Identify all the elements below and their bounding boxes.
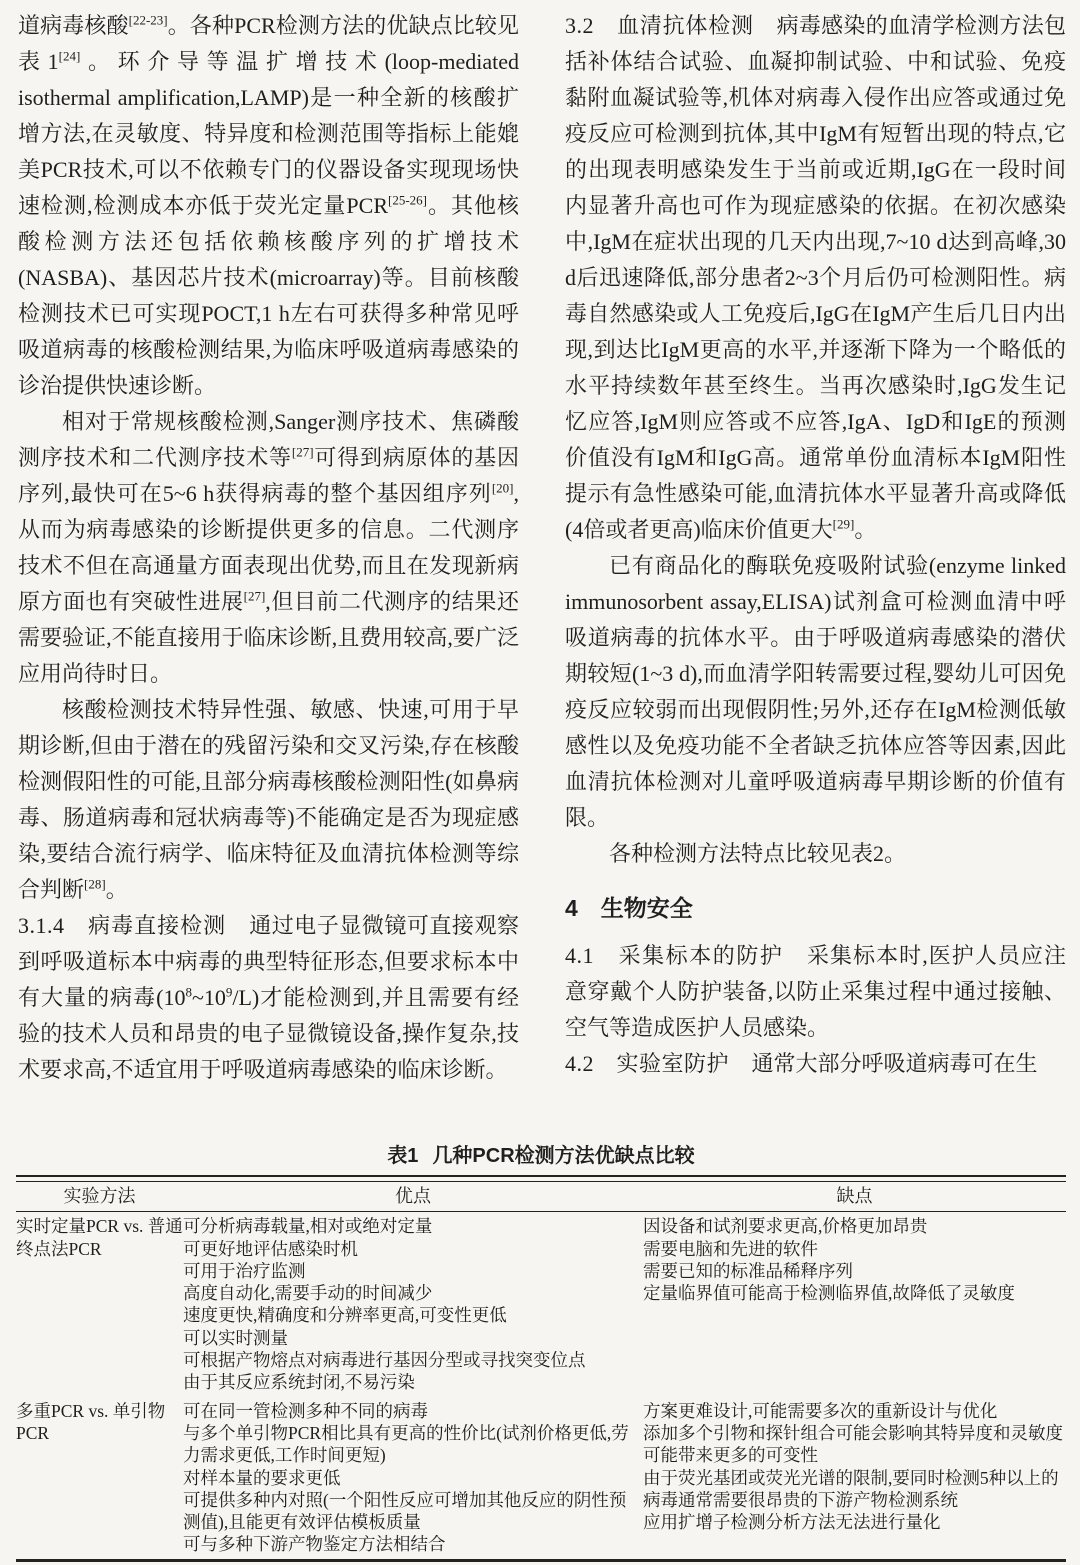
text-run: 4 生物安全: [565, 895, 693, 921]
section-4-heading: 4 生物安全: [565, 893, 1066, 923]
table-cell-disadvantages: 方案更难设计,可能需要多次的重新设计与优化添加多个引物和探针组合可能会影响其特异…: [643, 1397, 1066, 1561]
text-run: 核酸检测技术特异性强、敏感、快速,可用于早期诊断,但由于潜在的残留污染和交叉污染…: [18, 697, 519, 902]
cell-line: 方案更难设计,可能需要多次的重新设计与优化: [643, 1400, 1066, 1422]
citation-superscript: [20]: [492, 481, 514, 496]
section-4-2: 4.2 实验室防护 通常大部分呼吸道病毒可在生: [565, 1046, 1066, 1082]
column-header-disadvantages: 缺点: [643, 1182, 1066, 1212]
table-row: 实时定量PCR vs. 普通终点法PCR可分析病毒载量,相对或绝对定量可更好地评…: [16, 1212, 1066, 1397]
right-column: 3.2 血清抗体检测 病毒感染的血清学检测方法包括补体结合试验、血凝抑制试验、中…: [565, 8, 1066, 1138]
cell-line: 可根据产物熔点对病毒进行基因分型或寻找突变位点: [183, 1349, 643, 1371]
cell-line: 可在同一管检测多种不同的病毒: [183, 1400, 643, 1422]
cell-line: 与多个单引物PCR相比具有更高的性价比(试剂价格更低,劳力需求更低,工作时间更短…: [183, 1422, 643, 1467]
cell-line: 可能带来更多的可变性: [643, 1444, 1066, 1466]
cell-line: 由于荧光基团或荧光光谱的限制,要同时检测5种以上的病毒通常需要很昂贵的下游产物检…: [643, 1467, 1066, 1512]
section-heading: 3.1.4 病毒直接检测: [18, 913, 249, 938]
cell-line: 实时定量PCR vs. 普通终点法PCR: [16, 1215, 183, 1260]
table-cell-method: 多重PCR vs. 单引物PCR: [16, 1397, 183, 1561]
section-heading: 4.1 采集标本的防护: [565, 943, 807, 968]
table1: 实验方法 优点 缺点 实时定量PCR vs. 普通终点法PCR可分析病毒载量,相…: [16, 1182, 1066, 1562]
cell-line: 因设备和试剂要求更高,价格更加昂贵: [643, 1215, 1066, 1237]
cell-line: 需要电脑和先进的软件: [643, 1238, 1066, 1260]
column-header-advantages: 优点: [183, 1182, 643, 1212]
citation-superscript: [29]: [833, 517, 855, 532]
table-row: 多重PCR vs. 单引物PCR可在同一管检测多种不同的病毒与多个单引物PCR相…: [16, 1397, 1066, 1561]
cell-line: 可更好地评估感染时机: [183, 1238, 643, 1260]
table-cell-method: 实时定量PCR vs. 普通终点法PCR: [16, 1212, 183, 1397]
cell-line: 可与多种下游产物鉴定方法相结合: [183, 1533, 643, 1555]
cell-line: 由于其反应系统封闭,不易污染: [183, 1371, 643, 1393]
text-run: 。: [854, 517, 876, 542]
paragraph-continuation: 道病毒核酸[22-23]。各种PCR检测方法的优缺点比较见表1[24]。环介导等…: [18, 8, 519, 404]
paragraph-sequencing: 相对于常规核酸检测,Sanger测序技术、焦磷酸测序技术和二代测序技术等[27]…: [18, 404, 519, 692]
table1-caption-text: 几种PCR检测方法优缺点比较: [432, 1145, 694, 1167]
table1-caption: 表1几种PCR检测方法优缺点比较: [16, 1144, 1066, 1168]
paragraph-table2-reference: 各种检测方法特点比较见表2。: [565, 836, 1066, 872]
text-run: 病毒感染的血清学检测方法包括补体结合试验、血凝抑制试验、中和试验、免疫黏附血凝试…: [565, 13, 1066, 542]
table1-caption-label: 表1: [387, 1145, 418, 1167]
citation-superscript: [28]: [84, 877, 106, 892]
citation-superscript: [27]: [292, 445, 314, 460]
citation-superscript: [22-23]: [129, 13, 168, 28]
section-heading: 3.2 血清抗体检测: [565, 13, 777, 38]
citation-superscript: [25-26]: [388, 193, 427, 208]
table1-header-row: 实验方法 优点 缺点: [16, 1182, 1066, 1212]
table-cell-advantages: 可在同一管检测多种不同的病毒与多个单引物PCR相比具有更高的性价比(试剂价格更低…: [183, 1397, 643, 1561]
cell-line: 可分析病毒载量,相对或绝对定量: [183, 1215, 643, 1237]
table-top-double-rule: [16, 1175, 1066, 1182]
cell-line: 应用扩增子检测分析方法无法进行量化: [643, 1511, 1066, 1533]
section-4-1: 4.1 采集标本的防护 采集标本时,医护人员应注意穿戴个人防护装备,以防止采集过…: [565, 938, 1066, 1046]
citation-superscript: [24]: [59, 49, 81, 64]
cell-line: 定量临界值可能高于检测临界值,故降低了灵敏度: [643, 1282, 1066, 1304]
table-cell-advantages: 可分析病毒载量,相对或绝对定量可更好地评估感染时机可用于治疗监测高度自动化,需要…: [183, 1212, 643, 1397]
table1-section: 表1几种PCR检测方法优缺点比较 实验方法 优点 缺点 实时定量PCR vs. …: [16, 1144, 1066, 1562]
paper-page: 道病毒核酸[22-23]。各种PCR检测方法的优缺点比较见表1[24]。环介导等…: [0, 0, 1080, 1565]
paragraph-elisa: 已有商品化的酶联免疫吸附试验(enzyme linked immunosorbe…: [565, 548, 1066, 836]
cell-line: 对样本量的要求更低: [183, 1467, 643, 1489]
table-cell-disadvantages: 因设备和试剂要求更高,价格更加昂贵需要电脑和先进的软件需要已知的标准品稀释序列定…: [643, 1212, 1066, 1397]
cell-line: 可以实时测量: [183, 1327, 643, 1349]
text-run: 。: [106, 877, 128, 902]
cell-line: 高度自动化,需要手动的时间减少: [183, 1282, 643, 1304]
text-run: ~10: [192, 985, 226, 1010]
text-run: 各种检测方法特点比较见表2。: [609, 841, 906, 866]
text-run: 已有商品化的酶联免疫吸附试验(enzyme linked immunosorbe…: [565, 553, 1066, 830]
left-column: 道病毒核酸[22-23]。各种PCR检测方法的优缺点比较见表1[24]。环介导等…: [18, 8, 519, 1138]
cell-line: 可提供多种内对照(一个阳性反应可增加其他反应的阴性预测值),且能更有效评估模板质…: [183, 1489, 643, 1534]
cell-line: 可用于治疗监测: [183, 1260, 643, 1282]
citation-superscript: [27]: [244, 589, 266, 604]
cell-line: 需要已知的标准品稀释序列: [643, 1260, 1066, 1282]
column-header-method: 实验方法: [16, 1182, 183, 1212]
section-3-1-4: 3.1.4 病毒直接检测 通过电子显微镜可直接观察到呼吸道标本中病毒的典型特征形…: [18, 908, 519, 1088]
cell-line: 添加多个引物和探针组合可能会影响其特异度和灵敏度: [643, 1422, 1066, 1444]
two-column-text: 道病毒核酸[22-23]。各种PCR检测方法的优缺点比较见表1[24]。环介导等…: [18, 8, 1066, 1138]
section-3-2: 3.2 血清抗体检测 病毒感染的血清学检测方法包括补体结合试验、血凝抑制试验、中…: [565, 8, 1066, 548]
section-heading: 4.2 实验室防护: [565, 1051, 752, 1076]
paragraph-nucleic-acid-limits: 核酸检测技术特异性强、敏感、快速,可用于早期诊断,但由于潜在的残留污染和交叉污染…: [18, 692, 519, 908]
text-run: 通常大部分呼吸道病毒可在生: [752, 1051, 1038, 1076]
cell-line: 速度更快,精确度和分辨率更高,可变性更低: [183, 1304, 643, 1326]
text-run: 道病毒核酸: [18, 13, 129, 38]
text-run: 。其他核酸检测方法还包括依赖核酸序列的扩增技术(NASBA)、基因芯片技术(mi…: [18, 193, 519, 398]
cell-line: 多重PCR vs. 单引物PCR: [16, 1400, 183, 1445]
